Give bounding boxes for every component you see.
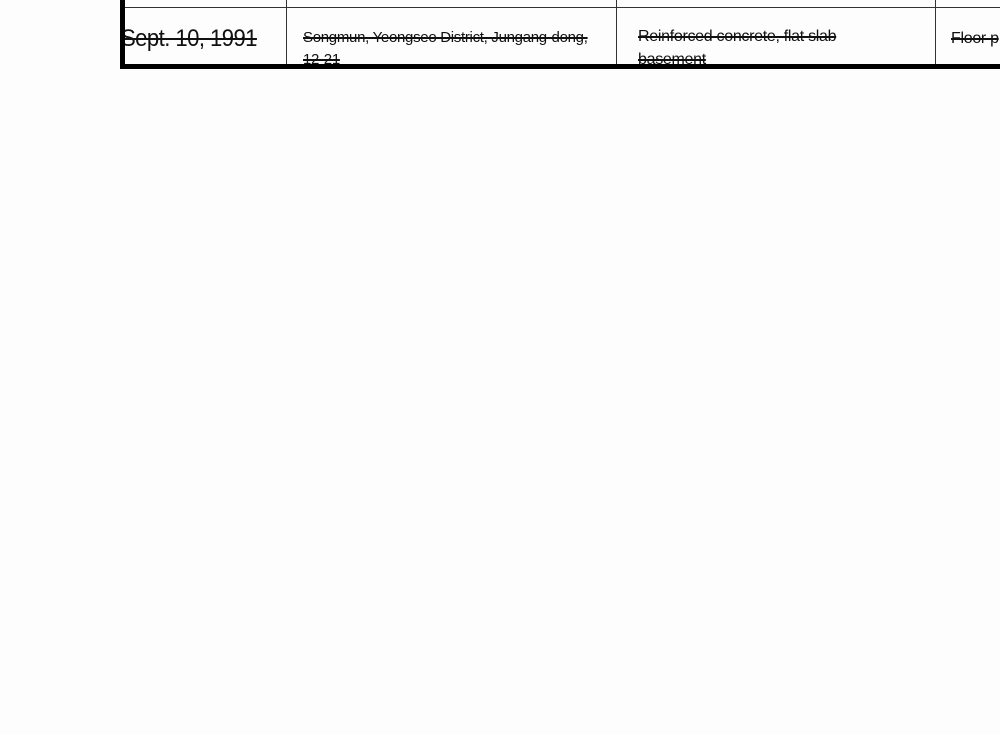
date-cell: Sept. 10, 1991 <box>121 22 257 57</box>
address-line-1: Songmun, Yeongseo District, Jungang-dong… <box>303 27 588 49</box>
record-table-fragment: Sept. 10, 1991 Songmun, Yeongseo Distric… <box>120 0 1000 69</box>
column-divider <box>616 0 617 64</box>
column-divider <box>935 0 936 64</box>
address-line-2: 12-21 <box>303 49 588 69</box>
column-divider <box>286 0 287 64</box>
structure-line-1: Reinforced concrete, flat slab <box>638 25 836 48</box>
use-cell: Floor p <box>951 27 999 50</box>
row-divider <box>125 7 1000 8</box>
structure-cell: Reinforced concrete, flat slab basement <box>638 25 836 69</box>
address-cell: Songmun, Yeongseo District, Jungang-dong… <box>303 27 588 69</box>
structure-line-2: basement <box>638 48 836 69</box>
